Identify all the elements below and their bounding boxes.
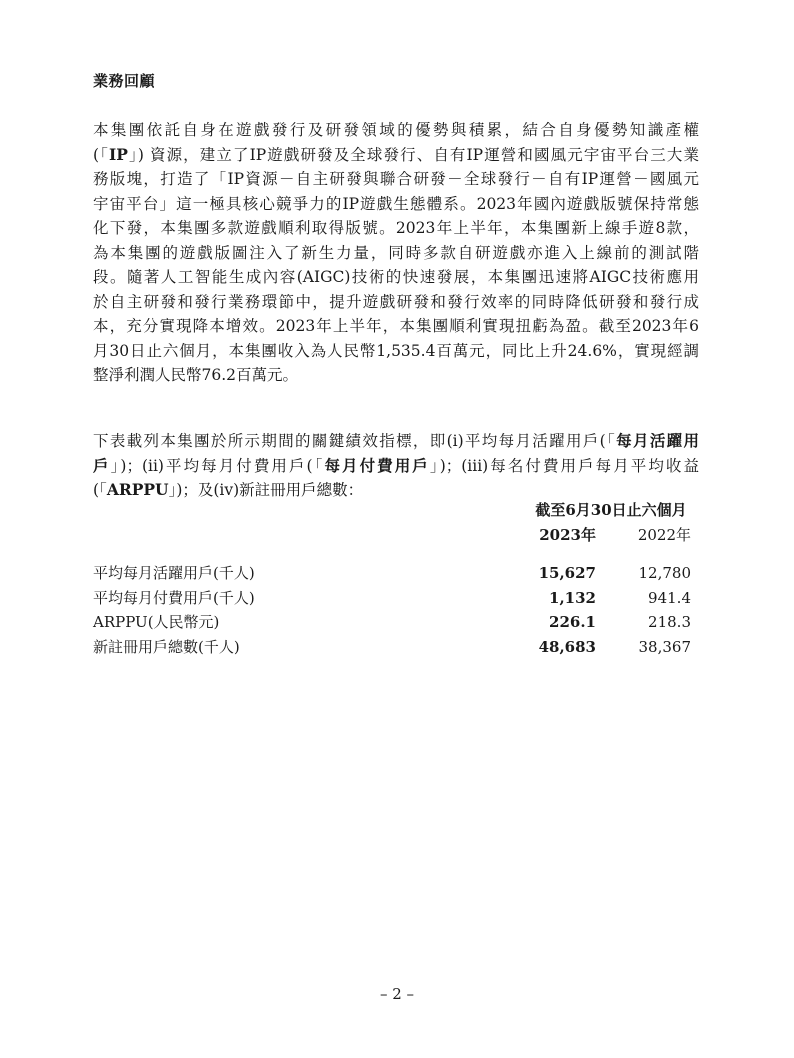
row-label: 平均每月活躍用戶(千人) bbox=[93, 561, 255, 586]
paragraph-line: 化下發，本集團多款遊戲順利取得版號。2023年上半年，本集團新上線手遊8款， bbox=[93, 216, 699, 241]
paragraph-line: 月30日止六個月，本集團收入為人民幣1,535.4百萬元，同比上升24.6%，實… bbox=[93, 339, 699, 364]
business-review-paragraph: 本集團依託自身在遊戲發行及研發領域的優勢與積累，結合自身優勢知識產權 (「IP」… bbox=[93, 118, 699, 388]
row-label: ARPPU(人民幣元) bbox=[93, 610, 219, 635]
value-2022: 218.3 bbox=[648, 610, 691, 635]
defined-term-arppu: ARPPU bbox=[107, 480, 169, 499]
paragraph-line: 務版塊，打造了「IP資源－自主研發與聯合研發－全球發行－自有IP運營－國風元 bbox=[93, 167, 699, 192]
value-2022: 38,367 bbox=[639, 635, 692, 660]
value-2022: 12,780 bbox=[639, 561, 692, 586]
paragraph-line: (「IP」) 資源，建立了IP遊戲研發及全球發行、自有IP運營和國風元宇宙平台三… bbox=[93, 143, 699, 168]
defined-term-mpu: 每月付費用戶 bbox=[324, 457, 429, 475]
row-label: 新註冊用戶總數(千人) bbox=[93, 635, 240, 660]
row-label: 平均每月付費用戶(千人) bbox=[93, 586, 255, 611]
defined-term-mau: 戶 bbox=[93, 457, 111, 475]
page-number: – 2 – bbox=[0, 985, 794, 1003]
paragraph-line: 宇宙平台」這一極具核心競爭力的IP遊戲生態體系。2023年國內遊戲版號保持常態 bbox=[93, 192, 699, 217]
table-row: 平均每月活躍用戶(千人) 15,627 12,780 bbox=[93, 561, 699, 586]
value-2023: 226.1 bbox=[549, 610, 596, 635]
text-fragment: 」)；(iii)每名付費用戶每月平均收益 bbox=[430, 457, 699, 475]
paragraph-line: 為本集團的遊戲版圖注入了新生力量，同時多款自研遊戲亦進入上線前的測試階 bbox=[93, 241, 699, 266]
text-fragment: (「 bbox=[93, 481, 107, 499]
paragraph-line: 戶」)；(ii)平均每月付費用戶(「每月付費用戶」)；(iii)每名付費用戶每月… bbox=[93, 454, 699, 479]
text-fragment: 」) 資源，建立了IP遊戲研發及全球發行、自有IP運營和國風元宇宙平台三大業 bbox=[128, 146, 699, 164]
paragraph-line: 段。隨著人工智能生成內容(AIGC)技術的快速發展，本集團迅速將AIGC技術應用 bbox=[93, 265, 699, 290]
column-header-2023: 2023年 bbox=[513, 523, 596, 547]
text-fragment: 下表載列本集團於所示期間的關鍵績效指標，即(i)平均每月活躍用戶(「 bbox=[93, 432, 616, 450]
table-row: 平均每月付費用戶(千人) 1,132 941.4 bbox=[93, 586, 699, 611]
paragraph-line: 本集團依託自身在遊戲發行及研發領域的優勢與積累，結合自身優勢知識產權 bbox=[93, 118, 699, 143]
value-2022: 941.4 bbox=[648, 586, 691, 611]
table-row: ARPPU(人民幣元) 226.1 218.3 bbox=[93, 610, 699, 635]
value-2023: 15,627 bbox=[539, 561, 596, 586]
table-row: 新註冊用戶總數(千人) 48,683 38,367 bbox=[93, 635, 699, 660]
text-fragment: 」)；(ii)平均每月付費用戶(「 bbox=[111, 457, 325, 475]
value-2023: 48,683 bbox=[539, 635, 596, 660]
value-2023: 1,132 bbox=[549, 586, 596, 611]
paragraph-line: 整淨利潤人民幣76.2百萬元。 bbox=[93, 363, 699, 388]
kpi-intro-paragraph: 下表載列本集團於所示期間的關鍵績效指標，即(i)平均每月活躍用戶(「每月活躍用 … bbox=[93, 429, 699, 503]
paragraph-line: 於自主研發和發行業務環節中，提升遊戲研發和發行效率的同時降低研發和發行成 bbox=[93, 290, 699, 315]
column-header-2022: 2022年 bbox=[613, 523, 691, 547]
defined-term-mau: 每月活躍用 bbox=[616, 432, 699, 450]
period-header: 截至6月30日止六個月 bbox=[523, 498, 699, 522]
text-fragment: 」)；及(iv)新註冊用戶總數： bbox=[169, 481, 364, 499]
defined-term-ip: IP bbox=[109, 145, 128, 164]
section-heading: 業務回顧 bbox=[93, 70, 155, 91]
paragraph-line: 下表載列本集團於所示期間的關鍵績效指標，即(i)平均每月活躍用戶(「每月活躍用 bbox=[93, 429, 699, 454]
paragraph-line: 本，充分實現降本增效。2023年上半年，本集團順利實現扭虧為盈。截至2023年6 bbox=[93, 314, 699, 339]
document-page: 業務回顧 本集團依託自身在遊戲發行及研發領域的優勢與積累，結合自身優勢知識產權 … bbox=[0, 0, 794, 1058]
text-fragment: (「 bbox=[93, 146, 109, 164]
